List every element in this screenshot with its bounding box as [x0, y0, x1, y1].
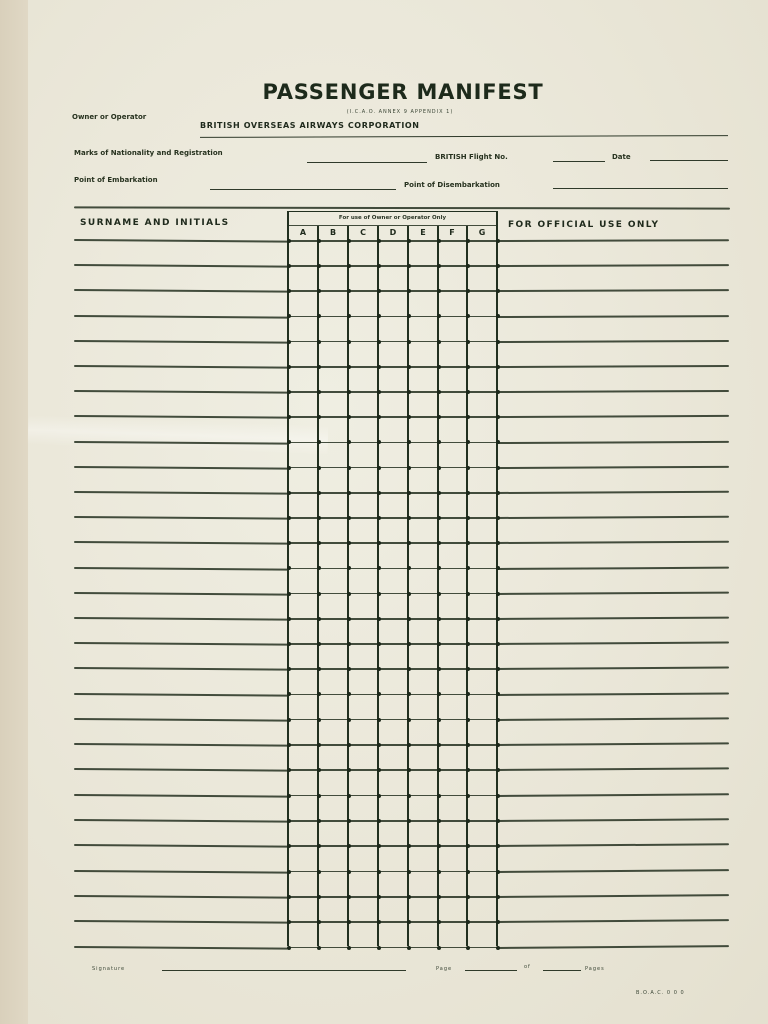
passenger-name-entry[interactable] [74, 242, 286, 264]
grid-intersection [347, 314, 351, 318]
grid-intersection [377, 516, 381, 520]
grid-intersection [287, 642, 291, 646]
passenger-name-entry[interactable] [74, 418, 286, 440]
grid-intersection [437, 365, 441, 369]
grid-intersection [347, 946, 351, 950]
grid-vline-f-left [437, 226, 439, 946]
grid-intersection [347, 289, 351, 293]
grid-intersection [407, 491, 411, 495]
grid-intersection [347, 743, 351, 747]
flight-label: BRITISH Flight No. [435, 153, 508, 161]
column-g-header: G [467, 228, 497, 237]
grid-intersection [377, 895, 381, 899]
grid-intersection [377, 794, 381, 798]
grid-intersection [437, 264, 441, 268]
grid-intersection [317, 718, 321, 722]
grid-intersection [496, 314, 500, 318]
passenger-name-entry[interactable] [74, 822, 286, 844]
column-a-header: A [288, 228, 318, 237]
grid-intersection [377, 667, 381, 671]
owner-value: BRITISH OVERSEAS AIRWAYS CORPORATION [200, 121, 420, 130]
grid-intersection [287, 516, 291, 520]
grid-intersection [347, 491, 351, 495]
grid-intersection [466, 794, 470, 798]
passenger-name-entry[interactable] [74, 670, 286, 692]
grid-intersection [377, 768, 381, 772]
grid-intersection [377, 592, 381, 596]
grid-intersection [407, 415, 411, 419]
grid-intersection [377, 491, 381, 495]
grid-intersection [287, 692, 291, 696]
grid-intersection [347, 819, 351, 823]
grid-intersection [377, 617, 381, 621]
grid-intersection [496, 592, 500, 596]
grid-intersection [287, 314, 291, 318]
grid-intersection [496, 466, 500, 470]
grid-intersection [437, 920, 441, 924]
grid-intersection [347, 667, 351, 671]
grid-intersection [466, 541, 470, 545]
grid-intersection [287, 844, 291, 848]
grid-intersection [466, 239, 470, 243]
grid-intersection [407, 365, 411, 369]
grid-intersection [496, 541, 500, 545]
grid-vline-g-left [466, 226, 468, 946]
grid-intersection [407, 946, 411, 950]
grid-intersection [496, 264, 500, 268]
grid-intersection [317, 541, 321, 545]
grid-intersection [287, 415, 291, 419]
grid-intersection [377, 566, 381, 570]
grid-intersection [317, 365, 321, 369]
page-number-field[interactable] [465, 970, 517, 971]
official-use-column-header: FOR OFFICIAL USE ONLY [508, 220, 659, 230]
page-label: Page [436, 966, 452, 972]
grid-intersection [437, 617, 441, 621]
grid-intersection [287, 819, 291, 823]
grid-vline-a-left [287, 211, 289, 946]
grid-intersection [437, 466, 441, 470]
grid-intersection [407, 718, 411, 722]
grid-intersection [377, 314, 381, 318]
grid-intersection [466, 718, 470, 722]
grid-intersection [347, 718, 351, 722]
grid-intersection [437, 289, 441, 293]
embarkation-label: Point of Embarkation [74, 176, 158, 184]
grid-intersection [437, 743, 441, 747]
grid-intersection [437, 491, 441, 495]
grid-intersection [347, 440, 351, 444]
grid-intersection [466, 264, 470, 268]
grid-intersection [496, 895, 500, 899]
grid-intersection [466, 340, 470, 344]
grid-intersection [317, 566, 321, 570]
grid-intersection [496, 819, 500, 823]
grid-intersection [437, 340, 441, 344]
grid-intersection [287, 239, 291, 243]
grid-intersection [407, 390, 411, 394]
passenger-name-entry[interactable] [74, 797, 286, 819]
grid-intersection [317, 415, 321, 419]
grid-intersection [317, 768, 321, 772]
grid-intersection [317, 617, 321, 621]
grid-intersection [287, 667, 291, 671]
grid-intersection [407, 642, 411, 646]
grid-intersection [347, 920, 351, 924]
grid-intersection [377, 920, 381, 924]
grid-intersection [466, 440, 470, 444]
grid-intersection [377, 946, 381, 950]
grid-intersection [347, 768, 351, 772]
grid-vline-e-left [407, 226, 409, 946]
grid-intersection [437, 895, 441, 899]
grid-intersection [407, 566, 411, 570]
grid-intersection [287, 895, 291, 899]
passenger-name-entry[interactable] [74, 746, 286, 768]
grid-intersection [407, 340, 411, 344]
grid-intersection [347, 239, 351, 243]
grid-intersection [466, 314, 470, 318]
grid-intersection [466, 819, 470, 823]
page-total-field[interactable] [543, 970, 581, 971]
grid-intersection [496, 566, 500, 570]
grid-intersection [496, 768, 500, 772]
column-d-header: D [378, 228, 408, 237]
grid-intersection [287, 920, 291, 924]
grid-intersection [317, 946, 321, 950]
signature-field-line[interactable] [162, 970, 406, 971]
grid-intersection [437, 794, 441, 798]
grid-intersection [437, 541, 441, 545]
grid-intersection [437, 516, 441, 520]
grid-intersection [347, 365, 351, 369]
grid-intersection [466, 946, 470, 950]
grid-intersection [466, 566, 470, 570]
grid-intersection [407, 541, 411, 545]
grid-intersection [317, 692, 321, 696]
passenger-name-entry[interactable] [74, 696, 286, 718]
grid-intersection [287, 617, 291, 621]
grid-intersection [496, 239, 500, 243]
grid-intersection [496, 617, 500, 621]
grid-intersection [347, 466, 351, 470]
grid-intersection [496, 692, 500, 696]
grid-intersection [377, 541, 381, 545]
passenger-name-entry[interactable] [74, 544, 286, 566]
grid-intersection [466, 365, 470, 369]
grid-intersection [466, 692, 470, 696]
grid-intersection [496, 667, 500, 671]
grid-intersection [377, 743, 381, 747]
grid-intersection [407, 743, 411, 747]
grid-intersection [496, 289, 500, 293]
column-e-header: E [408, 228, 438, 237]
marks-label: Marks of Nationality and Registration [74, 149, 223, 157]
grid-intersection [317, 264, 321, 268]
grid-intersection [317, 289, 321, 293]
row-line-official [497, 315, 729, 318]
grid-intersection [407, 592, 411, 596]
grid-intersection [496, 870, 500, 874]
grid-intersection [377, 340, 381, 344]
grid-intersection [437, 642, 441, 646]
passenger-name-entry[interactable] [74, 595, 286, 617]
grid-intersection [407, 794, 411, 798]
grid-vline-official-left [496, 211, 498, 946]
column-b-header: B [318, 228, 348, 237]
passenger-name-entry[interactable] [74, 847, 286, 869]
grid-intersection [407, 617, 411, 621]
passenger-name-entry[interactable] [74, 898, 286, 920]
grid-intersection [466, 920, 470, 924]
grid-intersection [407, 819, 411, 823]
owner-label: Owner or Operator [72, 113, 146, 121]
grid-intersection [287, 718, 291, 722]
grid-intersection [466, 642, 470, 646]
grid-intersection [407, 920, 411, 924]
grid-intersection [287, 541, 291, 545]
grid-intersection [496, 415, 500, 419]
grid-intersection [287, 390, 291, 394]
passenger-name-entry[interactable] [74, 318, 286, 340]
grid-intersection [407, 264, 411, 268]
background-surface [0, 0, 28, 1024]
passenger-name-entry[interactable] [74, 771, 286, 793]
grid-intersection [377, 415, 381, 419]
grid-intersection [437, 692, 441, 696]
grid-intersection [317, 794, 321, 798]
grid-intersection [437, 870, 441, 874]
grid-intersection [466, 289, 470, 293]
grid-intersection [466, 870, 470, 874]
signature-label: Signature [92, 966, 125, 972]
grid-intersection [466, 592, 470, 596]
grid-intersection [347, 642, 351, 646]
grid-intersection [496, 340, 500, 344]
grid-intersection [377, 819, 381, 823]
grid-intersection [466, 491, 470, 495]
grid-intersection [317, 819, 321, 823]
grid-intersection [496, 718, 500, 722]
grid-intersection [437, 390, 441, 394]
grid-intersection [466, 667, 470, 671]
form-subtitle: (I.C.A.O. ANNEX 9 APPENDIX 1) [320, 109, 480, 115]
date-field-line[interactable] [650, 160, 728, 161]
grid-intersection [287, 566, 291, 570]
grid-intersection [407, 516, 411, 520]
grid-intersection [437, 667, 441, 671]
grid-intersection [287, 365, 291, 369]
grid-intersection [407, 440, 411, 444]
disembarkation-label: Point of Disembarkation [404, 181, 500, 189]
grid-intersection [377, 870, 381, 874]
grid-intersection [377, 466, 381, 470]
grid-intersection [466, 743, 470, 747]
grid-intersection [377, 239, 381, 243]
form-number: B.O.A.C. 0 0 0 [636, 990, 685, 996]
grid-intersection [437, 440, 441, 444]
passenger-name-entry[interactable] [74, 494, 286, 516]
passenger-name-entry[interactable] [74, 620, 286, 642]
grid-intersection [317, 844, 321, 848]
grid-intersection [496, 491, 500, 495]
group-column-header: For use of Owner or Operator Only [290, 213, 495, 223]
grid-intersection [407, 314, 411, 318]
flight-field-line[interactable] [553, 161, 605, 162]
grid-intersection [466, 390, 470, 394]
grid-intersection [437, 314, 441, 318]
disembarkation-field-line[interactable] [553, 188, 728, 189]
grid-intersection [347, 692, 351, 696]
grid-intersection [437, 566, 441, 570]
surname-column-header: SURNAME AND INITIALS [80, 218, 229, 228]
grid-intersection [377, 390, 381, 394]
grid-intersection [437, 768, 441, 772]
grid-intersection [377, 692, 381, 696]
grid-intersection [377, 264, 381, 268]
grid-intersection [407, 870, 411, 874]
grid-intersection [407, 768, 411, 772]
grid-intersection [466, 466, 470, 470]
grid-intersection [347, 617, 351, 621]
grid-intersection [347, 415, 351, 419]
passenger-name-entry[interactable] [74, 519, 286, 541]
grid-intersection [317, 390, 321, 394]
grid-intersection [437, 946, 441, 950]
grid-intersection [317, 466, 321, 470]
grid-intersection [287, 289, 291, 293]
grid-intersection [287, 264, 291, 268]
grid-intersection [496, 794, 500, 798]
grid-intersection [496, 390, 500, 394]
grid-intersection [317, 895, 321, 899]
grid-intersection [437, 718, 441, 722]
form-title: PASSENGER MANIFEST [258, 80, 548, 104]
embarkation-field-line[interactable] [210, 189, 396, 190]
grid-intersection [287, 592, 291, 596]
grid-intersection [347, 566, 351, 570]
grid-intersection [317, 642, 321, 646]
grid-intersection [317, 440, 321, 444]
grid-intersection [466, 844, 470, 848]
grid-intersection [407, 692, 411, 696]
grid-intersection [287, 743, 291, 747]
grid-intersection [496, 642, 500, 646]
grid-intersection [437, 819, 441, 823]
pages-label: Pages [585, 966, 605, 972]
of-label: of [524, 964, 531, 970]
grid-intersection [377, 289, 381, 293]
grid-intersection [437, 239, 441, 243]
grid-intersection [287, 870, 291, 874]
grid-intersection [466, 895, 470, 899]
passenger-name-entry[interactable] [74, 923, 286, 945]
grid-intersection [377, 844, 381, 848]
grid-intersection [407, 289, 411, 293]
grid-intersection [287, 491, 291, 495]
grid-intersection [377, 718, 381, 722]
grid-intersection [317, 920, 321, 924]
grid-intersection [317, 743, 321, 747]
grid-intersection [287, 440, 291, 444]
grid-intersection [317, 592, 321, 596]
grid-intersection [407, 895, 411, 899]
grid-intersection [496, 743, 500, 747]
grid-intersection [347, 390, 351, 394]
grid-intersection [496, 844, 500, 848]
grid-intersection [347, 264, 351, 268]
grid-intersection [496, 440, 500, 444]
passenger-name-entry[interactable] [74, 343, 286, 365]
grid-intersection [466, 617, 470, 621]
grid-intersection [317, 516, 321, 520]
grid-intersection [466, 768, 470, 772]
grid-intersection [496, 516, 500, 520]
grid-intersection [317, 340, 321, 344]
grid-intersection [496, 920, 500, 924]
grid-intersection [317, 870, 321, 874]
passenger-name-entry[interactable] [74, 292, 286, 314]
grid-intersection [347, 541, 351, 545]
grid-intersection [437, 415, 441, 419]
grid-intersection [496, 365, 500, 369]
grid-intersection [287, 794, 291, 798]
grid-intersection [287, 946, 291, 950]
grid-intersection [287, 340, 291, 344]
grid-intersection [347, 895, 351, 899]
grid-intersection [377, 440, 381, 444]
grid-intersection [377, 365, 381, 369]
grid-intersection [317, 239, 321, 243]
grid-intersection [377, 642, 381, 646]
column-c-header: C [348, 228, 378, 237]
grid-intersection [347, 794, 351, 798]
passenger-name-entry[interactable] [74, 645, 286, 667]
grid-intersection [317, 314, 321, 318]
passenger-name-entry[interactable] [74, 444, 286, 466]
passenger-name-entry[interactable] [74, 570, 286, 592]
grid-intersection [437, 592, 441, 596]
grid-intersection [407, 466, 411, 470]
passenger-name-entry[interactable] [74, 721, 286, 743]
grid-intersection [317, 667, 321, 671]
passenger-name-entry[interactable] [74, 873, 286, 895]
grid-intersection [466, 516, 470, 520]
grid-vline-d-left [377, 226, 379, 946]
grid-intersection [466, 415, 470, 419]
grid-intersection [347, 844, 351, 848]
passenger-name-entry[interactable] [74, 393, 286, 415]
grid-intersection [347, 516, 351, 520]
grid-vline-c-left [347, 226, 349, 946]
grid-intersection [287, 768, 291, 772]
grid-intersection [347, 340, 351, 344]
grid-intersection [287, 466, 291, 470]
grid-intersection [317, 491, 321, 495]
passenger-name-entry[interactable] [74, 368, 286, 390]
passenger-name-entry[interactable] [74, 267, 286, 289]
column-f-header: F [437, 228, 467, 237]
grid-intersection [407, 239, 411, 243]
grid-intersection [437, 844, 441, 848]
grid-intersection [347, 870, 351, 874]
grid-intersection [407, 844, 411, 848]
marks-field-line[interactable] [307, 162, 427, 163]
grid-vline-b-left [317, 226, 319, 946]
date-label: Date [612, 153, 631, 161]
grid-intersection [347, 592, 351, 596]
passenger-name-entry[interactable] [74, 469, 286, 491]
